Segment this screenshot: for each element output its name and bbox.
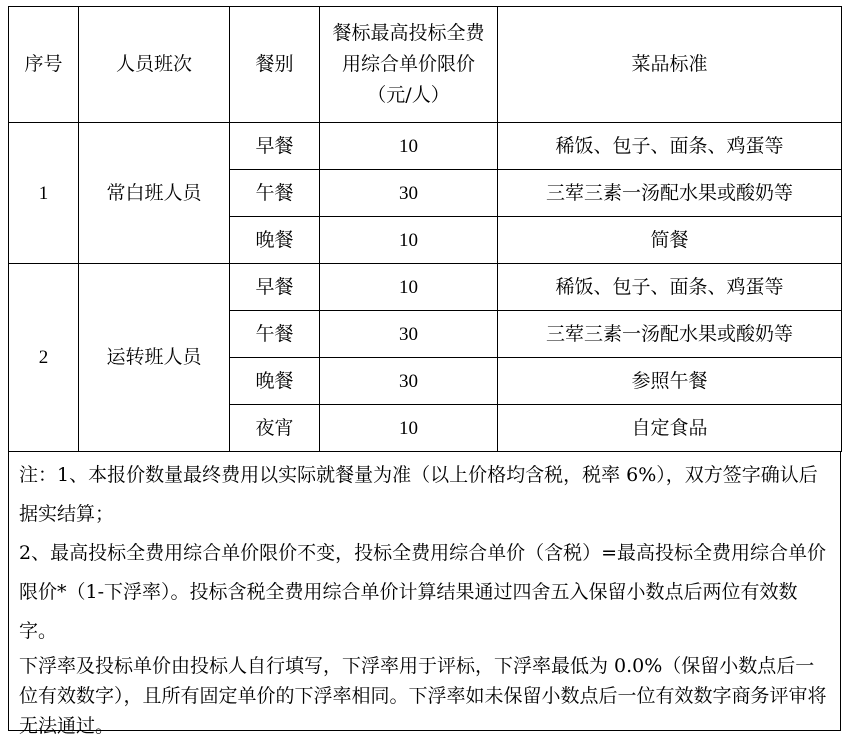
price-cell: 10 (320, 264, 498, 311)
group-shift: 运转班人员 (79, 264, 230, 452)
price-cell: 10 (320, 123, 498, 170)
group-shift: 常白班人员 (79, 123, 230, 264)
header-price-limit: 餐标最高投标全费用综合单价限价（元/人） (320, 7, 498, 123)
group-index: 2 (9, 264, 79, 452)
meal-cell: 夜宵 (230, 405, 320, 452)
header-dishes: 菜品标准 (498, 7, 842, 123)
meal-price-table: 序号 人员班次 餐别 餐标最高投标全费用综合单价限价（元/人） 菜品标准 1 常… (8, 6, 842, 452)
meal-cell: 午餐 (230, 170, 320, 217)
meal-cell: 早餐 (230, 264, 320, 311)
meal-cell: 晚餐 (230, 358, 320, 405)
price-cell: 30 (320, 170, 498, 217)
note-1: 注：1、本报价数量最终费用以实际就餐量为准（以上价格均含税，税率 6%），双方签… (19, 456, 832, 534)
dishes-cell: 稀饭、包子、面条、鸡蛋等 (498, 264, 842, 311)
notes-section: 注：1、本报价数量最终费用以实际就餐量为准（以上价格均含税，税率 6%），双方签… (8, 452, 841, 731)
dishes-cell: 稀饭、包子、面条、鸡蛋等 (498, 123, 842, 170)
note-3: 下浮率及投标单价由投标人自行填写，下浮率用于评标，下浮率最低为 0.0%（保留小… (19, 651, 832, 736)
price-cell: 10 (320, 405, 498, 452)
meal-cell: 晚餐 (230, 217, 320, 264)
price-cell: 10 (320, 217, 498, 264)
meal-cell: 早餐 (230, 123, 320, 170)
meal-cell: 午餐 (230, 311, 320, 358)
table-row: 2 运转班人员 早餐 10 稀饭、包子、面条、鸡蛋等 (9, 264, 842, 311)
dishes-cell: 自定食品 (498, 405, 842, 452)
header-index: 序号 (9, 7, 79, 123)
dishes-cell: 参照午餐 (498, 358, 842, 405)
price-cell: 30 (320, 311, 498, 358)
dishes-cell: 三荤三素一汤配水果或酸奶等 (498, 311, 842, 358)
note-2: 2、最高投标全费用综合单价限价不变，投标全费用综合单价（含税）=最高投标全费用综… (19, 534, 832, 651)
header-shift: 人员班次 (79, 7, 230, 123)
table-header-row: 序号 人员班次 餐别 餐标最高投标全费用综合单价限价（元/人） 菜品标准 (9, 7, 842, 123)
meal-standard-document: 序号 人员班次 餐别 餐标最高投标全费用综合单价限价（元/人） 菜品标准 1 常… (8, 6, 841, 731)
dishes-cell: 三荤三素一汤配水果或酸奶等 (498, 170, 842, 217)
price-cell: 30 (320, 358, 498, 405)
table-row: 1 常白班人员 早餐 10 稀饭、包子、面条、鸡蛋等 (9, 123, 842, 170)
header-meal: 餐别 (230, 7, 320, 123)
group-index: 1 (9, 123, 79, 264)
dishes-cell: 简餐 (498, 217, 842, 264)
